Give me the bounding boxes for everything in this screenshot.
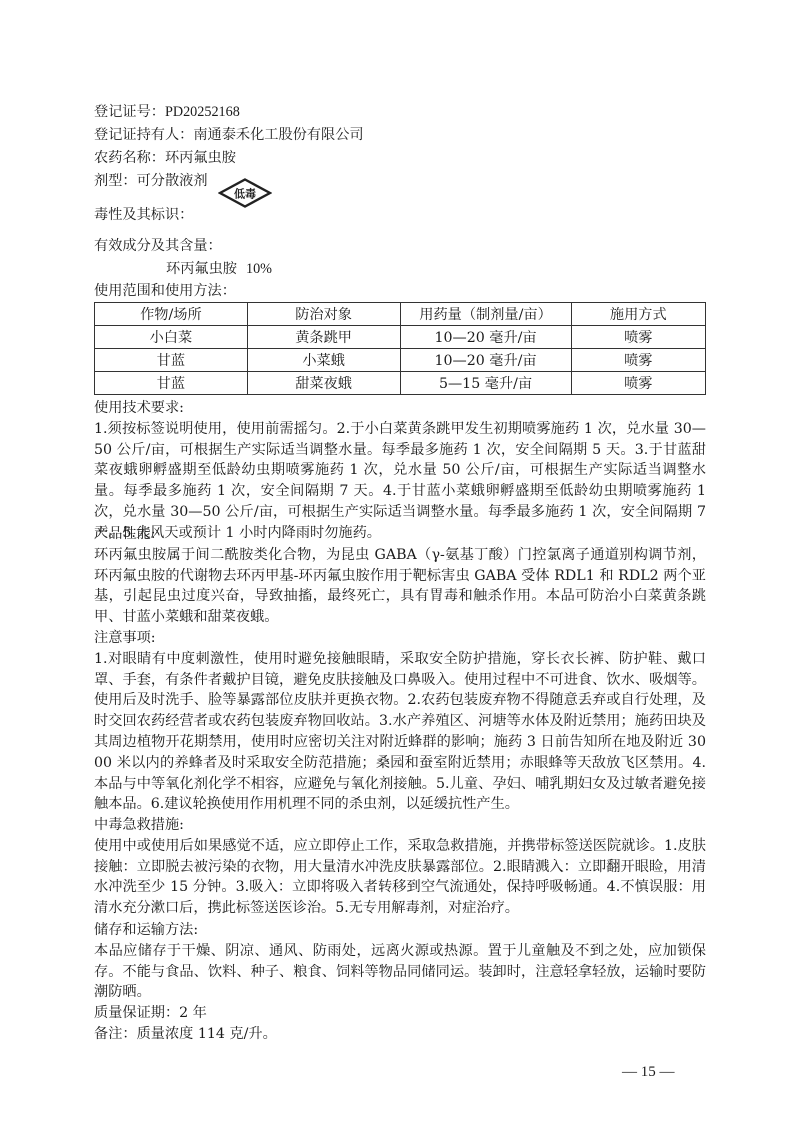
first-aid-label: 中毒急救措施:: [94, 815, 706, 836]
table-row: 甘蓝 小菜蛾 10—20 毫升/亩 喷雾: [95, 349, 706, 372]
shelf-life-value: 2 年: [179, 1005, 207, 1021]
ingredients-label: 有效成分及其含量：: [94, 235, 222, 257]
storage-text: 本品应储存于干燥、阴凉、通风、防雨处，远离火源或热源。置于儿童触及不到之处，应加…: [94, 941, 706, 1003]
storage-section: 储存和运输方法: 本品应储存于干燥、阴凉、通风、防雨处，远离火源或热源。置于儿童…: [94, 920, 706, 1003]
pesticide-name-value: 环丙氟虫胺: [165, 150, 236, 166]
shelf-life-line: 质量保证期：2 年: [94, 1003, 706, 1024]
performance-text: 环丙氟虫胺属于间二酰胺类化合物，为昆虫 GABA（γ-氨基丁酸）门控氯离子通道别…: [94, 545, 706, 628]
precautions-text: 1.对眼睛有中度刺激性，使用时避免接触眼睛，采取安全防护措施，穿长衣长裤、防护鞋…: [94, 649, 706, 815]
remarks-value: 质量浓度 114 克/升。: [137, 1026, 277, 1042]
usage-cell-crop: 甘蓝: [95, 349, 248, 372]
usage-cell-dosage: 10—20 毫升/亩: [400, 349, 571, 372]
usage-cell-target: 黄条跳甲: [247, 326, 400, 349]
usage-header-dosage: 用药量（制剂量/亩）: [400, 303, 571, 326]
toxicity-badge-text: 低毒: [234, 187, 256, 201]
usage-cell-crop: 小白菜: [95, 326, 248, 349]
ingredient-item: 环丙氟虫胺 10%: [166, 258, 272, 280]
usage-cell-dosage: 10—20 毫升/亩: [400, 326, 571, 349]
usage-cell-method: 喷雾: [571, 349, 705, 372]
usage-cell-method: 喷雾: [571, 326, 705, 349]
remarks-label: 备注：: [94, 1026, 137, 1042]
technical-section: 使用技术要求: 1.须按标签说明使用，使用前需摇匀。2.于小白菜黄条跳甲发生初期…: [94, 398, 706, 544]
performance-section: 产品性能: 环丙氟虫胺属于间二酰胺类化合物，为昆虫 GABA（γ-氨基丁酸）门控…: [94, 524, 706, 628]
table-row: 小白菜 黄条跳甲 10—20 毫升/亩 喷雾: [95, 326, 706, 349]
performance-label: 产品性能:: [94, 524, 706, 545]
pesticide-name-line: 农药名称：环丙氟虫胺: [94, 147, 236, 169]
usage-cell-target: 甜菜夜蛾: [247, 372, 400, 395]
registration-holder-line: 登记证持有人：南通泰禾化工股份有限公司: [94, 124, 364, 146]
storage-label: 储存和运输方法:: [94, 920, 706, 941]
ingredient-content: 10%: [246, 261, 272, 277]
technical-label: 使用技术要求:: [94, 398, 706, 419]
holder-label: 登记证持有人：: [94, 127, 193, 143]
usage-cell-method: 喷雾: [571, 372, 705, 395]
registration-cert-line: 登记证号：PD20252168: [94, 101, 240, 123]
first-aid-section: 中毒急救措施: 使用中或使用后如果感觉不适，应立即停止工作，采取急救措施，并携带…: [94, 815, 706, 919]
first-aid-text: 使用中或使用后如果感觉不适，应立即停止工作，采取急救措施，并携带标签送医院就诊。…: [94, 836, 706, 919]
usage-table: 作物/场所 防治对象 用药量（制剂量/亩） 施用方式 小白菜 黄条跳甲 10—2…: [94, 302, 706, 395]
usage-header-target: 防治对象: [247, 303, 400, 326]
usage-table-header: 作物/场所 防治对象 用药量（制剂量/亩） 施用方式: [95, 303, 706, 326]
shelf-life-label: 质量保证期：: [94, 1005, 179, 1021]
usage-cell-crop: 甘蓝: [95, 372, 248, 395]
holder-value: 南通泰禾化工股份有限公司: [193, 127, 363, 143]
toxicity-row: 毒性及其标识： 低毒: [94, 178, 394, 226]
ingredient-name: 环丙氟虫胺: [166, 261, 237, 277]
precautions-label: 注意事项:: [94, 628, 706, 649]
cert-no-value: PD20252168: [165, 104, 240, 120]
pesticide-name-label: 农药名称：: [94, 150, 165, 166]
usage-cell-dosage: 5—15 毫升/亩: [400, 372, 571, 395]
remarks-line: 备注：质量浓度 114 克/升。: [94, 1024, 706, 1045]
precautions-section: 注意事项: 1.对眼睛有中度刺激性，使用时避免接触眼睛，采取安全防护措施，穿长衣…: [94, 628, 706, 815]
toxicity-label: 毒性及其标识：: [94, 204, 193, 226]
usage-label: 使用范围和使用方法：: [94, 280, 236, 302]
usage-header-method: 施用方式: [571, 303, 705, 326]
table-row: 甘蓝 甜菜夜蛾 5—15 毫升/亩 喷雾: [95, 372, 706, 395]
cert-no-label: 登记证号：: [94, 104, 165, 120]
low-toxicity-diamond-icon: 低毒: [218, 178, 272, 208]
page-number: — 15 —: [622, 1064, 675, 1081]
usage-cell-target: 小菜蛾: [247, 349, 400, 372]
usage-header-crop: 作物/场所: [95, 303, 248, 326]
